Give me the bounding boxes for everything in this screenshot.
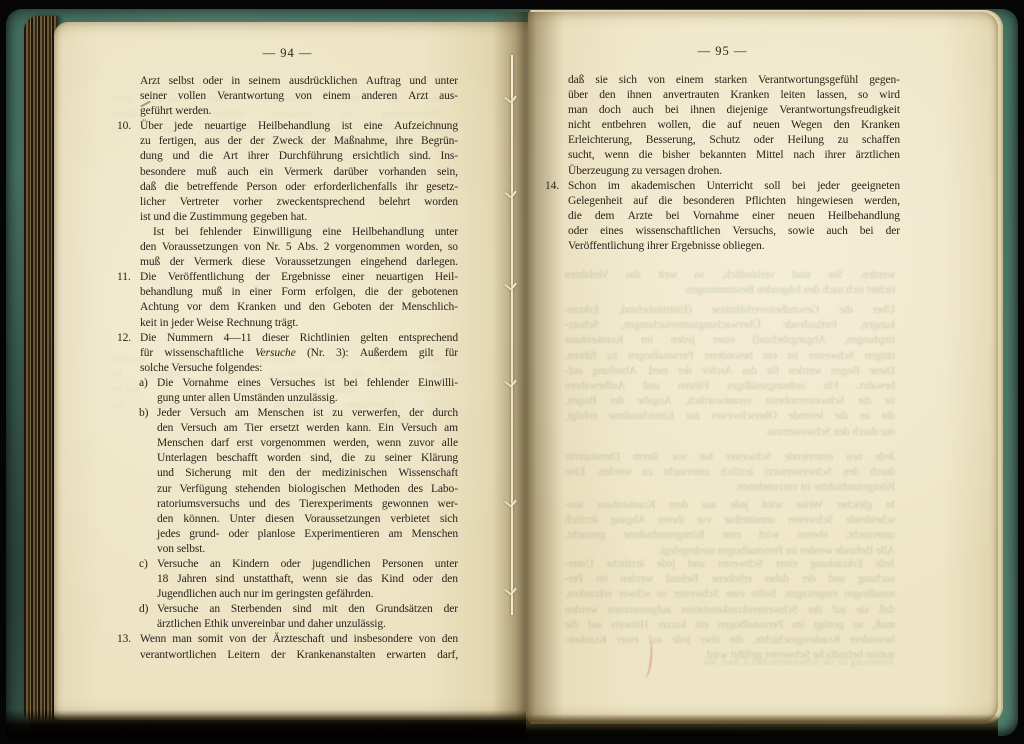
word: zu (342, 107, 352, 122)
word: richtet (867, 284, 895, 296)
word: Gesundheitsverhältnisse (712, 303, 820, 318)
word: aufgenommen (608, 603, 672, 618)
text-line: JedeErkrankungeinerSchwesterundjedeärztl… (565, 557, 895, 572)
word: betreffende (187, 180, 238, 195)
word: Jugendlichen (157, 588, 216, 600)
word: ihrer (644, 240, 668, 252)
word: versagen (273, 107, 312, 122)
word: Anweisung (850, 657, 895, 668)
word: Gelegenheit (206, 122, 259, 137)
word: In (886, 498, 895, 513)
word: Schwesternarzt (764, 465, 832, 480)
word: werden (621, 572, 654, 587)
word: unstatthaft, (243, 572, 293, 587)
guideline-item-14: 14.SchonimakademischenUnterrichtsollbeij… (545, 179, 900, 254)
text-line: VersucheanSterbendensindmitdenGrundsätze… (157, 602, 458, 617)
word: die (730, 633, 744, 648)
word: fortlaufende (783, 318, 837, 333)
word: behandlung (140, 285, 193, 300)
word: eines (600, 224, 623, 239)
word: nach (823, 284, 847, 296)
word: Unterlagen (157, 451, 207, 466)
word: Jahren (177, 572, 206, 587)
word: unter (435, 74, 458, 89)
word: auf (832, 603, 846, 618)
word: Vermerk (194, 255, 233, 270)
text-line: unddiebisherbekanntenMittelnachihrer (112, 92, 442, 107)
text-line: Menschendarferstvorgenommenwerden,wennzu… (157, 436, 458, 451)
word: gefährden (317, 414, 364, 426)
word: untersucht (664, 465, 710, 480)
word: wird (762, 498, 782, 513)
word: vor (672, 450, 687, 465)
word: stehenden (235, 482, 280, 497)
text-line: Anweisung für die Schwesternschaft d. me… (565, 655, 895, 670)
guideline-item-11: 11.DieVeröffentlichungderErgebnisseeiner… (117, 270, 458, 330)
word: worden (267, 451, 301, 466)
word: ärztlichen (856, 148, 900, 163)
word: die (385, 92, 399, 107)
word: man (568, 103, 588, 118)
word: gegen- (869, 73, 900, 88)
word: Abt. (701, 657, 720, 668)
text-line: Richtliniengeltenentsprechendfürsolche (112, 382, 442, 397)
word: der (271, 648, 285, 663)
word: Wenn (140, 632, 166, 647)
text-line: bewahrt.FürordnungsmäßigesFührenundAufbe… (565, 379, 895, 394)
text-line: jedesgrund-oderplanloseExperimentierenam… (157, 527, 458, 542)
word: Verfahren (565, 268, 609, 283)
word: so (853, 618, 863, 633)
paragraph: daßsiesichvoneinemstarkenVerantwortungsg… (568, 73, 900, 179)
word: Jede (875, 557, 895, 572)
word: die (839, 303, 853, 318)
word: suchung (858, 572, 895, 587)
word: wissenschaftlichen (635, 224, 720, 239)
word: besonderen (392, 139, 442, 151)
paragraph: SchonimakademischenUnterrichtsollbeijede… (568, 179, 900, 254)
word: Rechnung (224, 317, 273, 329)
word: besonderer (704, 349, 753, 364)
word: am (444, 421, 458, 436)
word: darlegen. (416, 255, 458, 270)
text-line: werden.Siesindverbindlich,soweitdasVerfa… (565, 268, 895, 283)
word: werden (255, 139, 290, 151)
text-line: Veröffentlichung ihrer Ergebnisse oblieg… (568, 239, 900, 254)
word: neuartigen (376, 270, 424, 285)
word: die (112, 398, 126, 413)
text-line: alleUnterlagenbeschafftwordensind,die (112, 398, 442, 413)
word: bei (792, 179, 806, 194)
text-line: besonderemußaucheinVermerkdarübervorhand… (140, 165, 458, 180)
word: hat (700, 450, 714, 465)
word: bei (175, 225, 189, 240)
word: einer (250, 285, 272, 300)
word: leitende (788, 409, 823, 424)
word: worden (424, 195, 458, 210)
text-line: licherVertretervorherzweckentsprechendbe… (140, 195, 458, 210)
text-line: scheidendeSchwesterunmittelbarvorihremAb… (565, 513, 895, 528)
word: im (608, 179, 620, 194)
word: den (157, 512, 173, 527)
word: und (390, 367, 407, 382)
word: diese (242, 255, 265, 270)
word: die (858, 394, 872, 409)
word: einer (776, 557, 798, 572)
word: aus- (565, 498, 583, 513)
word: die (365, 285, 379, 300)
word: der (252, 632, 266, 647)
word: erfolgt, (565, 409, 597, 424)
word: Bestimmungen: (684, 284, 757, 296)
word: starken (714, 73, 747, 88)
word: ebenso (797, 528, 828, 543)
word: Schwesternoberin (765, 394, 844, 409)
word: eine (322, 225, 341, 240)
word: ihrer (825, 148, 846, 163)
word: die (380, 352, 394, 367)
word: gelten (360, 331, 388, 346)
word: Richtlinien (393, 382, 442, 397)
word: weit (658, 268, 677, 283)
word: und (409, 74, 426, 89)
word: Krankenhaus (597, 498, 656, 513)
word: die (165, 180, 179, 195)
word: diesen (265, 512, 294, 527)
word: med. (720, 657, 742, 668)
word: erhobene (712, 572, 753, 587)
word: eine (726, 587, 744, 602)
word: Vertreter (180, 195, 219, 210)
word: Wissenschaft (398, 466, 458, 481)
word: sind (792, 268, 810, 283)
paragraph: IstbeifehlenderEinwilligungeineHeilbehan… (140, 225, 458, 270)
word: beschafft (274, 398, 314, 413)
paragraph: DieVeröffentlichungderErgebnisseeinerneu… (140, 270, 458, 330)
word: bekannten (260, 92, 306, 107)
word: Richtlinien (300, 331, 350, 346)
word: die (341, 451, 355, 466)
word: alle (426, 398, 442, 413)
word: man (172, 632, 192, 647)
word: Experimentieren (304, 527, 379, 542)
word: ratoriumsversuchs (157, 497, 240, 512)
text-line: daßsieaufderSchwesternkrankenstationaufg… (565, 603, 895, 618)
word: erforderlichenfalls (314, 180, 397, 195)
word: seinem (249, 74, 281, 89)
word: nach (159, 92, 180, 107)
word: alle (442, 436, 458, 451)
word: den (599, 88, 615, 103)
word: im (596, 572, 608, 587)
text-line: tätigenSchwesteristeinbesondererPersonal… (565, 349, 895, 364)
word: zu (365, 451, 376, 466)
word: erkranken, (565, 587, 612, 602)
item-label: 14. (545, 179, 566, 194)
word: darf (211, 436, 229, 451)
item-label: 12. (117, 331, 138, 346)
word: Arzt (140, 74, 160, 89)
paragraph: VersucheanSterbendensindmitdenGrundsätze… (157, 602, 458, 632)
word: das (357, 572, 372, 587)
word: Nummern (167, 331, 213, 346)
word: Röntgenaufnahme (623, 528, 704, 543)
word: zu (607, 349, 617, 364)
word: vor (697, 513, 712, 528)
word: entbehren (602, 118, 646, 133)
word: Erleichterung, (568, 133, 632, 148)
word: die (639, 148, 653, 163)
word: Abgangsbefund) (753, 333, 827, 348)
word: zu (642, 465, 652, 480)
word: gebotenen (412, 285, 458, 300)
word: an (210, 557, 221, 572)
word: biologischen (288, 482, 346, 497)
word: Schwester (726, 450, 772, 465)
word: gesetz- (426, 180, 458, 195)
word: 18 (157, 572, 168, 587)
word: an (860, 409, 870, 424)
word: sonalbogen (845, 587, 895, 602)
word: ihrem (658, 513, 684, 528)
word: Gelegenheit (568, 194, 622, 209)
word: am (389, 527, 403, 542)
word: so (858, 88, 868, 103)
word: Person (246, 180, 277, 195)
text-line: diedemArztebeiVornahmeeinerneuenHeilbeha… (568, 209, 900, 224)
word: d. (742, 657, 752, 668)
word: sind (293, 602, 312, 617)
word: im (258, 588, 273, 600)
text-line: von selbst. (157, 542, 458, 557)
word: Grundsätzen (376, 602, 433, 617)
text-line: WennmansomitvonderÄrzteschaftundinsbeson… (140, 632, 458, 647)
word: bei (665, 103, 679, 118)
word: Krankenhaus (565, 333, 624, 348)
page-number-95: — 95 — (545, 44, 900, 59)
word: ist (801, 481, 814, 493)
word: doch (599, 103, 621, 118)
text-line: undSicherungmitdendermedizinischenWissen… (157, 466, 458, 481)
word: Hinweis (611, 618, 648, 633)
word: in (231, 285, 240, 300)
word: Erkrankung (810, 557, 862, 572)
word: Versuchs, (732, 224, 776, 239)
text-line: GelegenheitaufdiebesonderenPflichtenhing… (568, 194, 900, 209)
word: worden (209, 398, 242, 413)
word: Wegen (791, 118, 822, 133)
page-number-94: — 94 — (117, 46, 458, 61)
word: Arzte (628, 209, 653, 224)
word: wenn (302, 572, 327, 587)
page-edge-stack (24, 16, 58, 722)
word: des (275, 497, 290, 512)
word: selbst (169, 74, 195, 89)
word: vorzunehmen. (735, 481, 801, 493)
bleedthrough-text: IngleicherWeisewirdjedeausdemKrankenhaus… (565, 498, 895, 559)
word: die (351, 367, 365, 382)
text-line: Unterlagenbeschafftwordensind,diezuseine… (157, 451, 458, 466)
word: nur (241, 588, 259, 600)
word: ärztlich (565, 513, 598, 528)
word: Kranken (730, 88, 769, 103)
text-line: sonalbogeneingetragen.SollteeineSchweste… (565, 587, 895, 602)
word: seiner (385, 451, 412, 466)
word: einer (752, 209, 774, 224)
word: Form (281, 285, 306, 300)
word: (Eintrittsbefund, (619, 303, 692, 318)
word: Ins- (441, 149, 459, 164)
word: gegeben (206, 367, 243, 382)
word: Ergebnisse (281, 270, 330, 285)
word: med. (646, 364, 668, 379)
item-label: 11. (117, 270, 138, 285)
word: die (659, 194, 673, 209)
word: des (408, 482, 423, 497)
text-line: nur durch den Schwesternrat. (565, 425, 895, 440)
word: Krankenanstalten (297, 648, 376, 663)
word: jeder (373, 122, 395, 137)
word: wenn (377, 436, 402, 451)
word: werden, (333, 436, 369, 451)
word: insbesondere (354, 632, 413, 647)
word: ihrem (633, 450, 659, 465)
word: Unter (230, 512, 256, 527)
word: hat. (288, 211, 307, 223)
word: Alle (876, 545, 895, 557)
text-line: keit in jeder Weise Rechnung trägt. (140, 316, 458, 331)
text-line: ärztlichen Ethik unvereinbar und daher u… (157, 617, 458, 632)
text-line: DieVeröffentlichungderErgebnisseeinerneu… (140, 270, 458, 285)
word: Pflichten (745, 194, 786, 209)
item-label: c) (139, 557, 155, 572)
word: bisher (332, 92, 359, 107)
word: geeigneten (292, 122, 340, 137)
word: den (442, 632, 458, 647)
word: solche (112, 382, 140, 397)
word: werden (789, 364, 822, 379)
word: ärztliche (606, 557, 644, 572)
word: Schwester (717, 557, 763, 572)
word: Über (873, 303, 895, 318)
word: Menschlich- (402, 300, 458, 315)
word: Weise (796, 498, 823, 513)
bleedthrough-text: unddiebisherbekanntenMittelnachihrerÜber… (112, 92, 442, 153)
word: den (309, 300, 325, 315)
word: bei (428, 122, 442, 137)
text-line: Röntgenaufnahme ist vorzunehmen. (565, 480, 895, 495)
word: Bogen (831, 364, 860, 379)
word: Geboten (333, 300, 371, 315)
word: und (284, 300, 301, 315)
word: ein (695, 618, 709, 633)
word: somit (198, 632, 223, 647)
word: einer (617, 633, 639, 648)
word: Besserung, (646, 133, 696, 148)
text-line: suchungundderdabeierhobeneBefundwerdenim… (565, 572, 895, 587)
word: trägt. (272, 317, 298, 329)
word: nach (793, 148, 814, 163)
word: Ergebnisse (668, 240, 720, 252)
word: Voraussetzungen (275, 255, 351, 270)
word: Unterricht (707, 179, 753, 194)
word: ist (788, 349, 798, 364)
word: auch (227, 165, 248, 180)
word: selbst. (174, 543, 205, 555)
word: daß (879, 603, 895, 618)
word: gegeben (247, 211, 287, 223)
bleedthrough-text: JedeneueintretendeSchwesterhatvorihremDi… (565, 450, 895, 496)
word: Diese (870, 364, 895, 379)
word: Aufbewahren (565, 379, 625, 394)
word: jede (730, 498, 748, 513)
word: kurzer (658, 618, 686, 633)
binding-thread (511, 55, 513, 615)
word: einer (713, 333, 735, 348)
word: oder (413, 572, 433, 587)
word: wird (879, 88, 900, 103)
word: daß (568, 73, 584, 88)
word: Jede (875, 450, 895, 465)
word: vorgenommen (335, 240, 400, 255)
word: anvertrauten (663, 88, 719, 103)
word: Versuche (157, 557, 198, 572)
word: der (886, 224, 900, 239)
word: dem (210, 300, 230, 315)
word: verbindlich, (722, 268, 775, 283)
word: entsprechend (230, 382, 288, 397)
word: gemacht. (565, 528, 605, 543)
word: planlose (258, 527, 296, 542)
word: aus (702, 498, 717, 513)
word: jeder (817, 179, 839, 194)
word: den (348, 602, 364, 617)
word: die (568, 209, 582, 224)
word: sie (336, 572, 348, 587)
word: werden (565, 603, 598, 618)
word: nicht (568, 118, 591, 133)
word: Schwesternschaft (751, 657, 822, 668)
word: den (843, 465, 859, 480)
word: auch (216, 588, 240, 600)
word: schaffen (862, 133, 900, 148)
word: sein, (437, 165, 458, 180)
text-line: istunddieZustimmunggegebenwordenist (112, 367, 442, 382)
word: muß, (872, 618, 895, 633)
word: der (802, 572, 816, 587)
word: und (425, 92, 442, 107)
word: neuen (788, 209, 815, 224)
text-line: überdenihnenanvertrautenKrankenleitenlas… (568, 88, 900, 103)
word: 5 (286, 240, 292, 255)
word: ist (432, 367, 442, 382)
word: jede (672, 633, 690, 648)
word: geeigneten (851, 179, 900, 194)
word: das (742, 364, 757, 379)
word: nur (880, 426, 895, 438)
word: darf, (437, 648, 458, 663)
word: der (170, 255, 184, 270)
word: und (688, 557, 705, 572)
word: bewahrt. (857, 379, 895, 394)
word: Befund (666, 572, 699, 587)
word: Verfügung (179, 482, 227, 497)
word: werden, (864, 194, 900, 209)
word: unter (435, 225, 458, 240)
word: Per- (565, 572, 583, 587)
word: 4—11 (224, 331, 252, 346)
text-line: 18Jahrensindunstatthaft,wennsiedasKindod… (157, 572, 458, 587)
